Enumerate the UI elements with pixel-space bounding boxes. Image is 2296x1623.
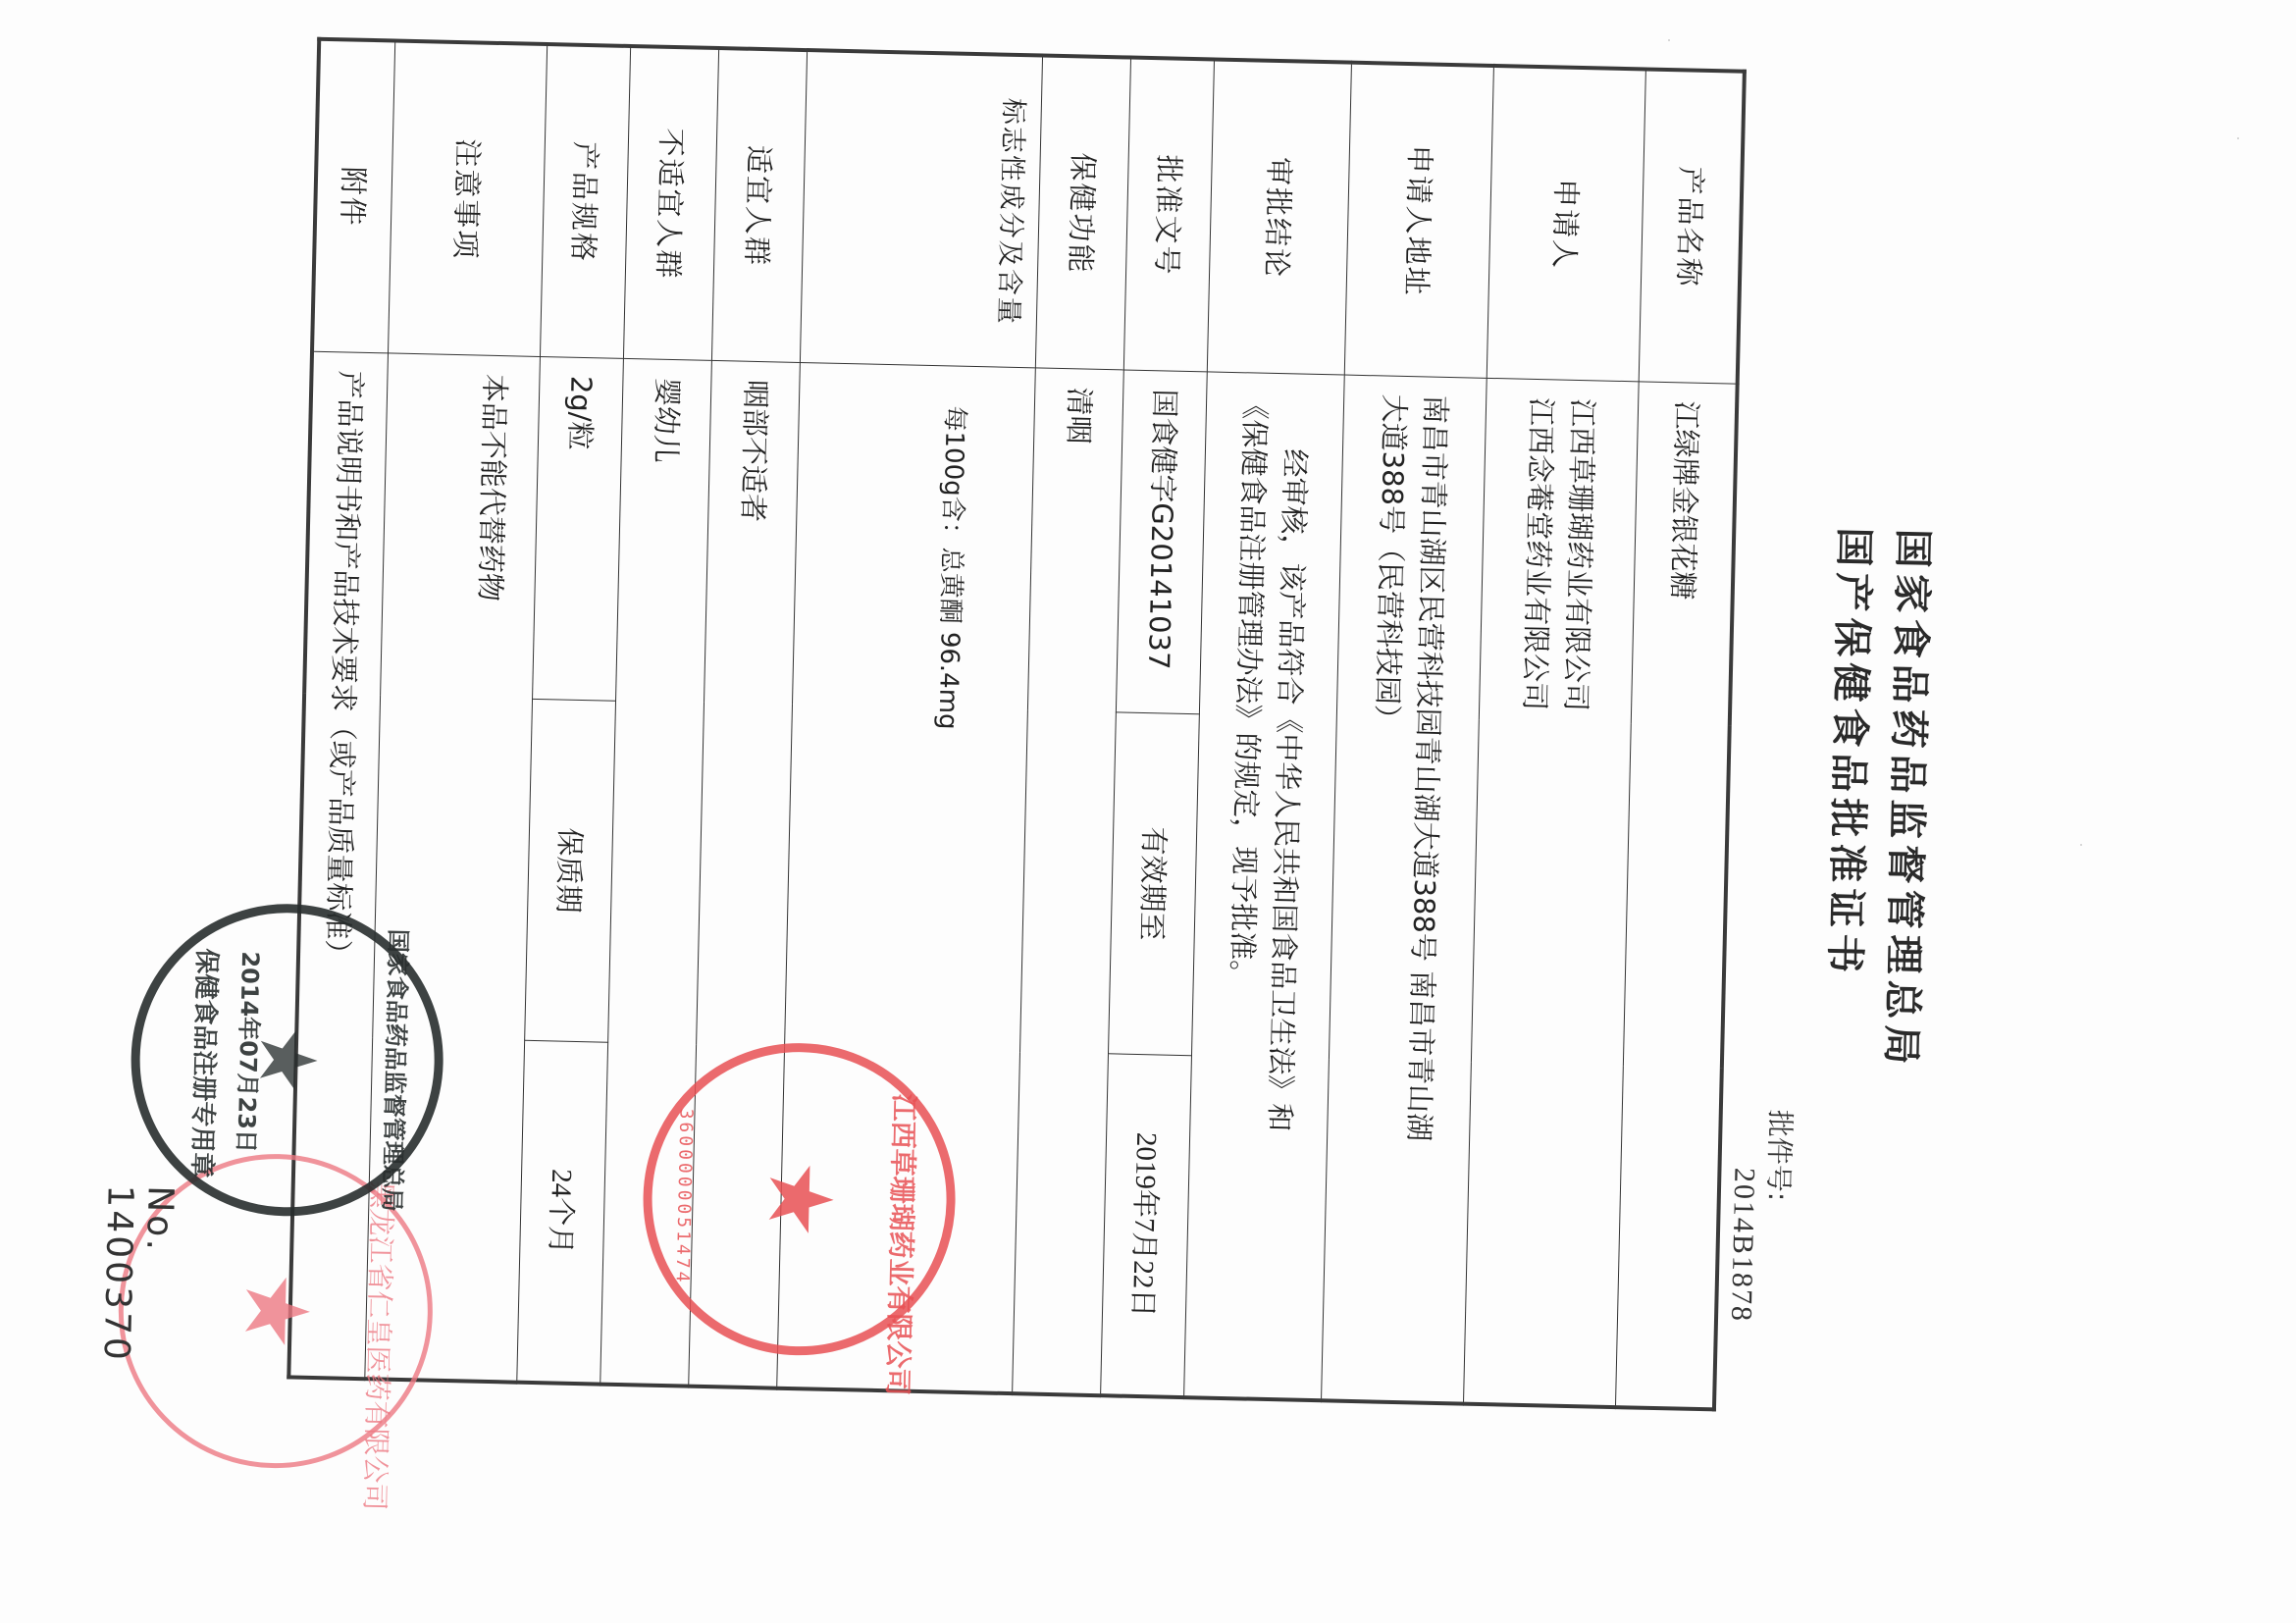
shelf-life-value: 24个月	[517, 1040, 608, 1384]
table-row-notes: 注意事项 本品不能代替药物	[365, 41, 548, 1383]
conclusion-value: 经审核，该产品符合《中华人民共和国食品卫生法》和 《保健食品注册管理办法》的规定…	[1184, 372, 1345, 1400]
paper-speck	[1668, 39, 1670, 41]
paper-speck	[2237, 137, 2239, 139]
row-label: 注意事项	[389, 41, 548, 357]
table-row-marker-ingredient: 标志性成分及含量 每100g含：总黄酮 96.4mg	[777, 50, 1043, 1393]
table-row-applicant: 申请人 江西草珊瑚药业有限公司 江西念菴堂药业有限公司	[1464, 66, 1646, 1407]
row-label: 保健功能	[1036, 56, 1131, 370]
spec-value: 2g/粒	[533, 356, 624, 700]
valid-until-label: 有效期至	[1109, 711, 1200, 1055]
row-label: 产品规格	[541, 44, 631, 358]
certificate-page: 国家食品药品监督管理总局 国产保健食品批准证书 批件号: 2014B1878 产…	[97, 26, 1972, 1422]
table-row-applicant-address: 申请人地址 南昌市青山湖区民营科技园青山湖大道388号 南昌市青山湖 大道388…	[1322, 63, 1494, 1404]
issuer-title: 国家食品药品监督管理总局	[1876, 528, 1945, 1071]
serial-number: No. 1400370	[95, 1184, 181, 1383]
row-label: 申请人地址	[1345, 63, 1494, 379]
certificate-title: 国产保健食品批准证书	[1819, 527, 1885, 979]
marker-ingredient-value: 每100g含：总黄酮 96.4mg	[777, 362, 1036, 1393]
approval-number-line: 批件号: 2014B1878	[1722, 1109, 1801, 1420]
row-label: 适宜人群	[712, 48, 808, 362]
row-label: 产品名称	[1640, 69, 1745, 384]
notes-value: 本品不能代替药物	[365, 353, 541, 1383]
row-label: 不适宜人群	[624, 46, 719, 360]
certificate-table: 产品名称 江绿牌金银花糖 申请人 江西草珊瑚药业有限公司 江西念菴堂药业有限公司…	[287, 37, 1747, 1412]
applicant-value: 江西草珊瑚药业有限公司 江西念菴堂药业有限公司	[1464, 378, 1640, 1407]
valid-until-value: 2019年7月22日	[1101, 1054, 1192, 1397]
row-label: 附件	[312, 39, 395, 353]
row-label: 标志性成分及含量	[801, 50, 1043, 368]
official-seal-date: 2014年07月23日	[226, 951, 270, 1153]
shelf-life-label: 保质期	[525, 699, 616, 1042]
certificate-header: 国家食品药品监督管理总局 国产保健食品批准证书 批件号: 2014B1878	[1706, 64, 1972, 1423]
approval-number: 2014B1878	[1725, 1168, 1761, 1324]
row-label: 审批结论	[1208, 59, 1352, 375]
paper-speck	[2080, 844, 2082, 846]
applicant-address-value: 南昌市青山湖区民营科技园青山湖大道388号 南昌市青山湖 大道388号（民营科技…	[1322, 375, 1487, 1404]
approval-number-label: 批件号:	[1762, 1109, 1797, 1201]
row-label: 申请人	[1487, 66, 1646, 382]
official-seal-purpose: 保健食品注册专用章	[182, 948, 226, 1178]
approval-doc-value: 国食健字G20141037	[1117, 370, 1208, 713]
row-label: 批准文号	[1124, 58, 1215, 372]
